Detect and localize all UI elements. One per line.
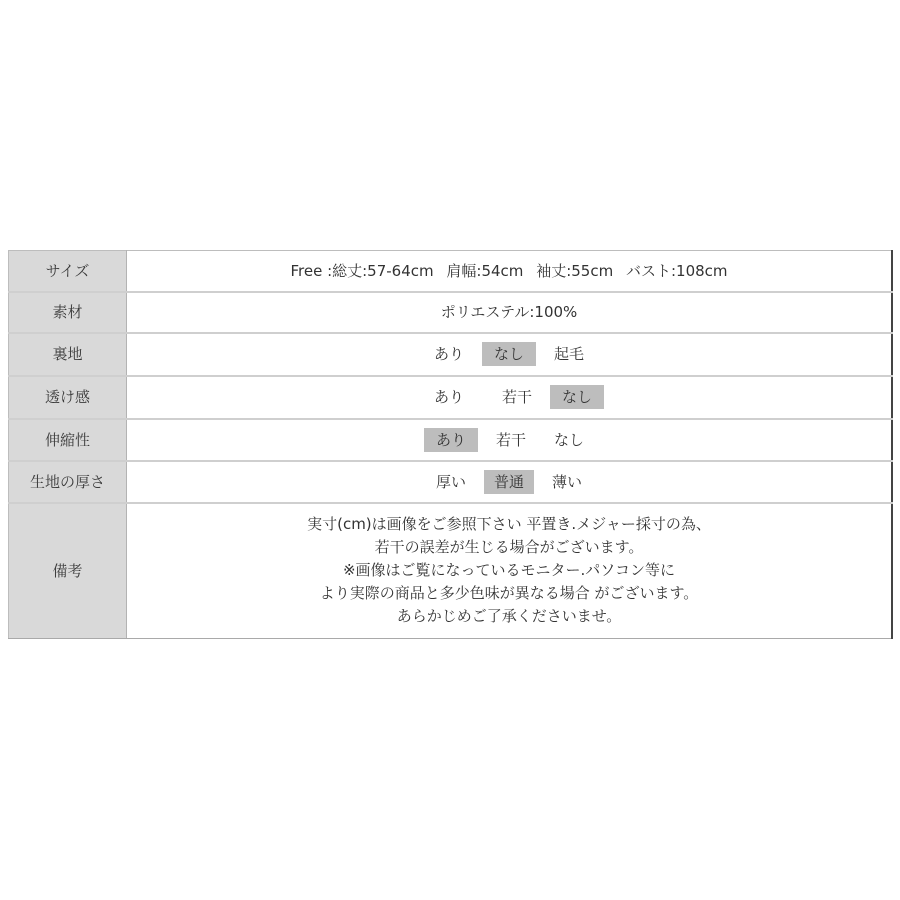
size-sleeve: 袖丈:55cm: [536, 262, 613, 280]
thickness-option-thin: 薄い: [542, 470, 592, 494]
row-lining: 裏地 あり なし 起毛: [9, 333, 893, 376]
stretch-option-slight: 若干: [486, 428, 536, 452]
label-size: サイズ: [9, 251, 127, 292]
notes-line: 実寸(cm)は画像をご参照下さい 平置き.メジャー採寸の為、: [127, 513, 891, 536]
notes-line: ※画像はご覧になっているモニター.パソコン等に: [127, 559, 891, 582]
notes-line: より実際の商品と多少色味が異なる場合 がございます。: [127, 582, 891, 605]
value-thickness: 厚い 普通 薄い: [127, 461, 893, 503]
label-sheerness: 透け感: [9, 376, 127, 419]
notes-text: 実寸(cm)は画像をご参照下さい 平置き.メジャー採寸の為、 若干の誤差が生じる…: [127, 513, 891, 628]
size-shoulder: 肩幅:54cm: [446, 262, 523, 280]
thickness-option-thick: 厚い: [426, 470, 476, 494]
label-lining: 裏地: [9, 333, 127, 376]
row-thickness: 生地の厚さ 厚い 普通 薄い: [9, 461, 893, 503]
sheerness-option-none-selected: なし: [550, 385, 604, 409]
stretch-option-none: なし: [544, 428, 594, 452]
sheerness-option-slight: 若干: [492, 385, 542, 409]
lining-option-none-selected: なし: [482, 342, 536, 366]
stretch-option-yes-selected: あり: [424, 428, 478, 452]
row-notes: 備考 実寸(cm)は画像をご参照下さい 平置き.メジャー採寸の為、 若干の誤差が…: [9, 503, 893, 639]
label-stretch: 伸縮性: [9, 419, 127, 461]
product-spec-table: サイズ Free :総丈:57-64cm 肩幅:54cm 袖丈:55cm バスト…: [8, 250, 893, 639]
value-size: Free :総丈:57-64cm 肩幅:54cm 袖丈:55cm バスト:108…: [127, 251, 893, 292]
lining-option-brushed: 起毛: [544, 342, 594, 366]
notes-line: 若干の誤差が生じる場合がございます。: [127, 536, 891, 559]
lining-option-yes: あり: [424, 342, 474, 366]
row-size: サイズ Free :総丈:57-64cm 肩幅:54cm 袖丈:55cm バスト…: [9, 251, 893, 292]
value-lining: あり なし 起毛: [127, 333, 893, 376]
size-free-length: Free :総丈:57-64cm: [290, 262, 433, 280]
row-sheerness: 透け感 あり 若干 なし: [9, 376, 893, 419]
value-notes: 実寸(cm)は画像をご参照下さい 平置き.メジャー採寸の為、 若干の誤差が生じる…: [127, 503, 893, 639]
label-notes: 備考: [9, 503, 127, 639]
thickness-option-normal-selected: 普通: [484, 470, 534, 494]
value-stretch: あり 若干 なし: [127, 419, 893, 461]
label-thickness: 生地の厚さ: [9, 461, 127, 503]
row-stretch: 伸縮性 あり 若干 なし: [9, 419, 893, 461]
size-bust: バスト:108cm: [626, 262, 728, 280]
sheerness-option-yes: あり: [424, 385, 474, 409]
label-material: 素材: [9, 292, 127, 333]
notes-line: あらかじめご了承くださいませ。: [127, 605, 891, 628]
value-material: ポリエステル:100%: [127, 292, 893, 333]
row-material: 素材 ポリエステル:100%: [9, 292, 893, 333]
value-sheerness: あり 若干 なし: [127, 376, 893, 419]
